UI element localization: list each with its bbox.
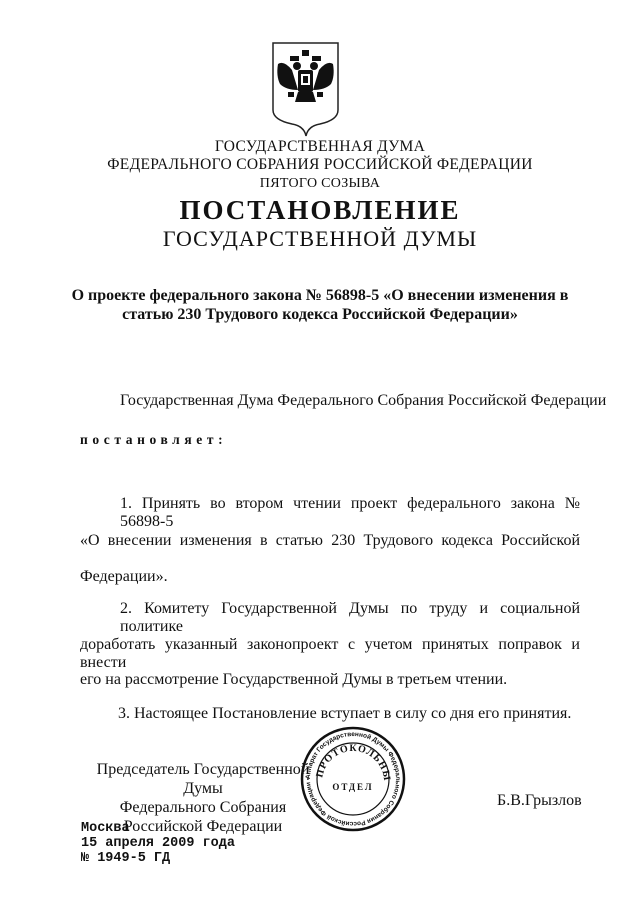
- header-line-convocation: ПЯТОГО СОЗЫВА: [0, 175, 640, 193]
- decree-word: постановляет:: [80, 432, 227, 448]
- item-2-line-1: 2. Комитету Государственной Думы по труд…: [120, 600, 580, 636]
- item-1-line-2: «О внесении изменения в статью 230 Трудо…: [80, 532, 580, 550]
- signatory-name: Б.В.Грызлов: [497, 792, 582, 810]
- footer-number: № 1949-5 ГД: [81, 851, 235, 866]
- signatory-position-line-2: Федерального Собрания: [78, 798, 328, 817]
- header-line-assembly: ФЕДЕРАЛЬНОГО СОБРАНИЯ РОССИЙСКОЙ ФЕДЕРАЦ…: [0, 156, 640, 174]
- subject-line-2: статью 230 Трудового кодекса Российской …: [0, 305, 640, 325]
- signatory-position-line-1: Председатель Государственной Думы: [78, 760, 328, 798]
- document-title: ПОСТАНОВЛЕНИЕ: [0, 195, 640, 226]
- item-2-line-3: его на рассмотрение Государственной Думы…: [80, 671, 580, 689]
- footer-date: 15 апреля 2009 года: [81, 836, 235, 851]
- coat-of-arms-icon: [270, 40, 370, 138]
- item-2-line-2: доработать указанный законопроект с учет…: [80, 636, 580, 672]
- footer-block: Москва 15 апреля 2009 года № 1949-5 ГД: [81, 821, 235, 866]
- footer-city: Москва: [81, 821, 235, 836]
- header-line-duma: ГОСУДАРСТВЕННАЯ ДУМА: [0, 138, 640, 156]
- official-stamp-icon: Аппарат Государственной Думы Федеральног…: [300, 726, 406, 832]
- item-3-line-1: 3. Настоящее Постановление вступает в си…: [118, 705, 588, 723]
- item-1-line-1: 1. Принять во втором чтении проект федер…: [120, 495, 580, 531]
- subject-line-1: О проекте федерального закона № 56898-5 …: [0, 286, 640, 306]
- preamble-text: Государственная Дума Федерального Собран…: [120, 392, 606, 410]
- document-subtitle: ГОСУДАРСТВЕННОЙ ДУМЫ: [0, 226, 640, 252]
- item-1-line-3: Федерации».: [80, 568, 580, 586]
- svg-text:ОТДЕЛ: ОТДЕЛ: [332, 782, 373, 792]
